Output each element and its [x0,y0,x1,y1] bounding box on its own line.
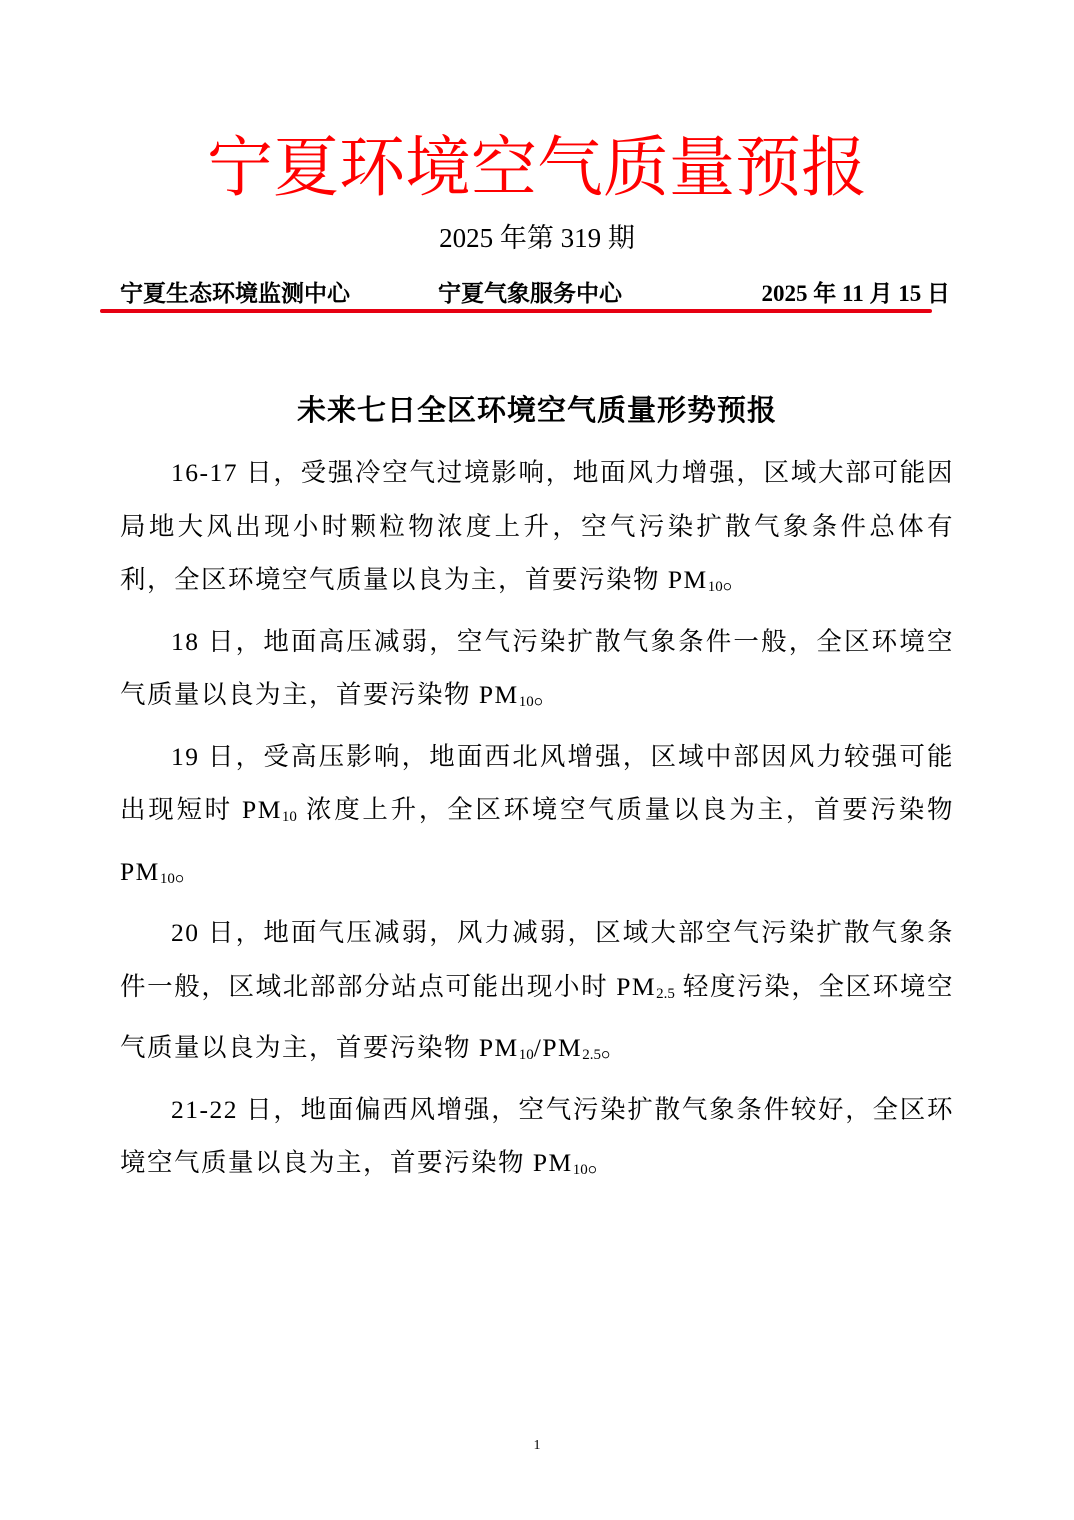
subscript: 2.5 [582,1047,601,1063]
publisher-monitoring-center: 宁夏生态环境监测中心 [120,278,350,310]
subscript: 10 [519,694,534,710]
text: 21-22 日，地面偏西风增强，空气污染扩散气象条件较好，全区环境空气质量以良为… [120,1095,954,1178]
page-number: 1 [0,1436,1074,1456]
publisher-row: 宁夏生态环境监测中心 宁夏气象服务中心 2025 年 11 月 15 日 [120,278,950,310]
red-divider [100,309,932,313]
masthead-title: 宁夏环境空气质量预报 [0,128,1074,208]
text: 16-17 日，受强冷空气过境影响，地面风力增强，区域大部可能因局地大风出现小时… [120,458,954,594]
paragraph-21-22: 21-22 日，地面偏西风增强，空气污染扩散气象条件较好，全区环境空气质量以良为… [120,1083,954,1198]
text: 。 [175,857,202,886]
text: 。 [601,1033,628,1062]
text: /PM [534,1033,582,1062]
text: 。 [723,565,750,594]
paragraph-16-17: 16-17 日，受强冷空气过境影响，地面风力增强，区域大部可能因局地大风出现小时… [120,446,954,615]
publisher-meteorological-center: 宁夏气象服务中心 [438,278,622,310]
paragraph-18: 18 日，地面高压减弱，空气污染扩散气象条件一般，全区环境空气质量以良为主，首要… [120,615,954,730]
paragraph-20: 20 日，地面气压减弱，风力减弱，区域大部空气污染扩散气象条件一般，区域北部部分… [120,906,954,1083]
text: 。 [588,1148,615,1177]
subscript: 10 [573,1162,588,1178]
subscript: 10 [519,1047,534,1063]
publish-date: 2025 年 11 月 15 日 [762,278,950,310]
section-title: 未来七日全区环境空气质量形势预报 [0,388,1074,432]
issue-number: 2025 年第 319 期 [0,220,1074,256]
paragraph-19: 19 日，受高压影响，地面西北风增强，区域中部因风力较强可能出现短时 PM10 … [120,730,954,907]
subscript: 10 [282,809,297,825]
document-page: 宁夏环境空气质量预报 2025 年第 319 期 宁夏生态环境监测中心 宁夏气象… [0,0,1074,1520]
subscript: 10 [708,579,723,595]
subscript: 10 [160,871,175,887]
forecast-body: 16-17 日，受强冷空气过境影响，地面风力增强，区域大部可能因局地大风出现小时… [120,446,954,1198]
subscript: 2.5 [656,986,675,1002]
text: 。 [534,680,561,709]
